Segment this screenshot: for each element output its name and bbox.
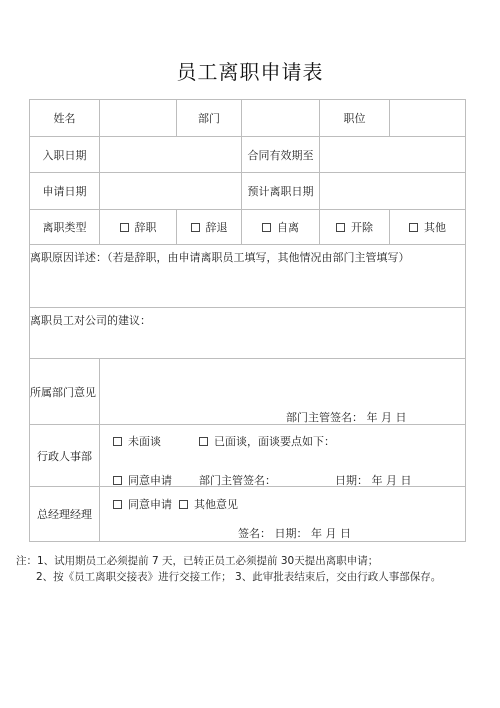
checkbox-icon[interactable] xyxy=(179,500,188,509)
checkbox-icon[interactable] xyxy=(199,437,208,446)
option-dismissed[interactable]: 辞退 xyxy=(176,209,242,245)
hire-date-label: 入职日期 xyxy=(29,136,100,173)
option-self-leave[interactable]: 自离 xyxy=(241,209,320,245)
dept-field[interactable] xyxy=(241,99,320,137)
dept-opinion-label: 所属部门意见 xyxy=(29,358,100,425)
expected-date-field[interactable] xyxy=(319,172,466,210)
type-label: 离职类型 xyxy=(29,209,100,245)
gm-label: 总经理经理 xyxy=(29,486,100,542)
not-interviewed-option[interactable]: 未面谈 xyxy=(113,433,161,449)
dept-label: 部门 xyxy=(176,99,242,137)
apply-date-field[interactable] xyxy=(99,172,242,210)
resignation-form-table: 姓名 部门 职位 入职日期 合同有效期至 申请日期 预计离职日期 离职类型 辞职… xyxy=(29,99,466,542)
page-title: 员工离职申请表 xyxy=(0,56,500,85)
checkbox-icon[interactable] xyxy=(409,223,418,232)
suggestion-label: 离职员工对公司的建议： xyxy=(30,312,151,328)
note-line-2: 2、按《员工离职交接表》进行交接工作； 3、此审批表结束后，交由行政人事部保存。 xyxy=(36,569,441,584)
gm-field[interactable]: 同意申请 其他意见 签名： 日期： 年 月 日 xyxy=(99,486,466,542)
name-field[interactable] xyxy=(99,99,177,137)
gm-agree-option[interactable]: 同意申请 xyxy=(113,496,172,512)
position-field[interactable] xyxy=(389,99,466,137)
checkbox-icon[interactable] xyxy=(113,500,122,509)
dept-opinion-field[interactable]: 部门主管签名： 年 月 日 xyxy=(99,358,466,425)
hr-label: 行政人事部 xyxy=(29,424,100,487)
gm-other-option[interactable]: 其他意见 xyxy=(179,496,238,512)
contract-field[interactable] xyxy=(319,136,466,173)
note-line-1: 注：1、试用期员工必须提前 7 天，已转正员工必须提前 30天提出离职申请； xyxy=(16,553,378,568)
position-label: 职位 xyxy=(319,99,390,137)
hr-field[interactable]: 未面谈 已面谈，面谈要点如下： 同意申请 部门主管签名： 日期： 年 月 日 xyxy=(99,424,466,487)
suggestion-section[interactable]: 离职员工对公司的建议： xyxy=(29,307,466,359)
option-resign[interactable]: 辞职 xyxy=(99,209,177,245)
reason-section[interactable]: 离职原因详述：（若是辞职，由申请离职员工填写，其他情况由部门主管填写） xyxy=(29,244,466,308)
dept-signature: 部门主管签名： 年 月 日 xyxy=(286,409,407,425)
checkbox-icon[interactable] xyxy=(191,223,200,232)
gm-signature: 签名： 日期： 年 月 日 xyxy=(238,525,351,541)
checkbox-icon[interactable] xyxy=(113,476,122,485)
interviewed-option[interactable]: 已面谈，面谈要点如下： xyxy=(199,433,335,449)
hire-date-field[interactable] xyxy=(99,136,242,173)
option-expelled[interactable]: 开除 xyxy=(319,209,390,245)
checkbox-icon[interactable] xyxy=(113,437,122,446)
reason-label: 离职原因详述：（若是辞职，由申请离职员工填写，其他情况由部门主管填写） xyxy=(30,249,410,265)
contract-label: 合同有效期至 xyxy=(241,136,320,173)
checkbox-icon[interactable] xyxy=(262,223,271,232)
checkbox-icon[interactable] xyxy=(120,223,129,232)
option-other[interactable]: 其他 xyxy=(389,209,466,245)
checkbox-icon[interactable] xyxy=(336,223,345,232)
apply-date-label: 申请日期 xyxy=(29,172,100,210)
expected-date-label: 预计离职日期 xyxy=(241,172,320,210)
name-label: 姓名 xyxy=(29,99,100,137)
